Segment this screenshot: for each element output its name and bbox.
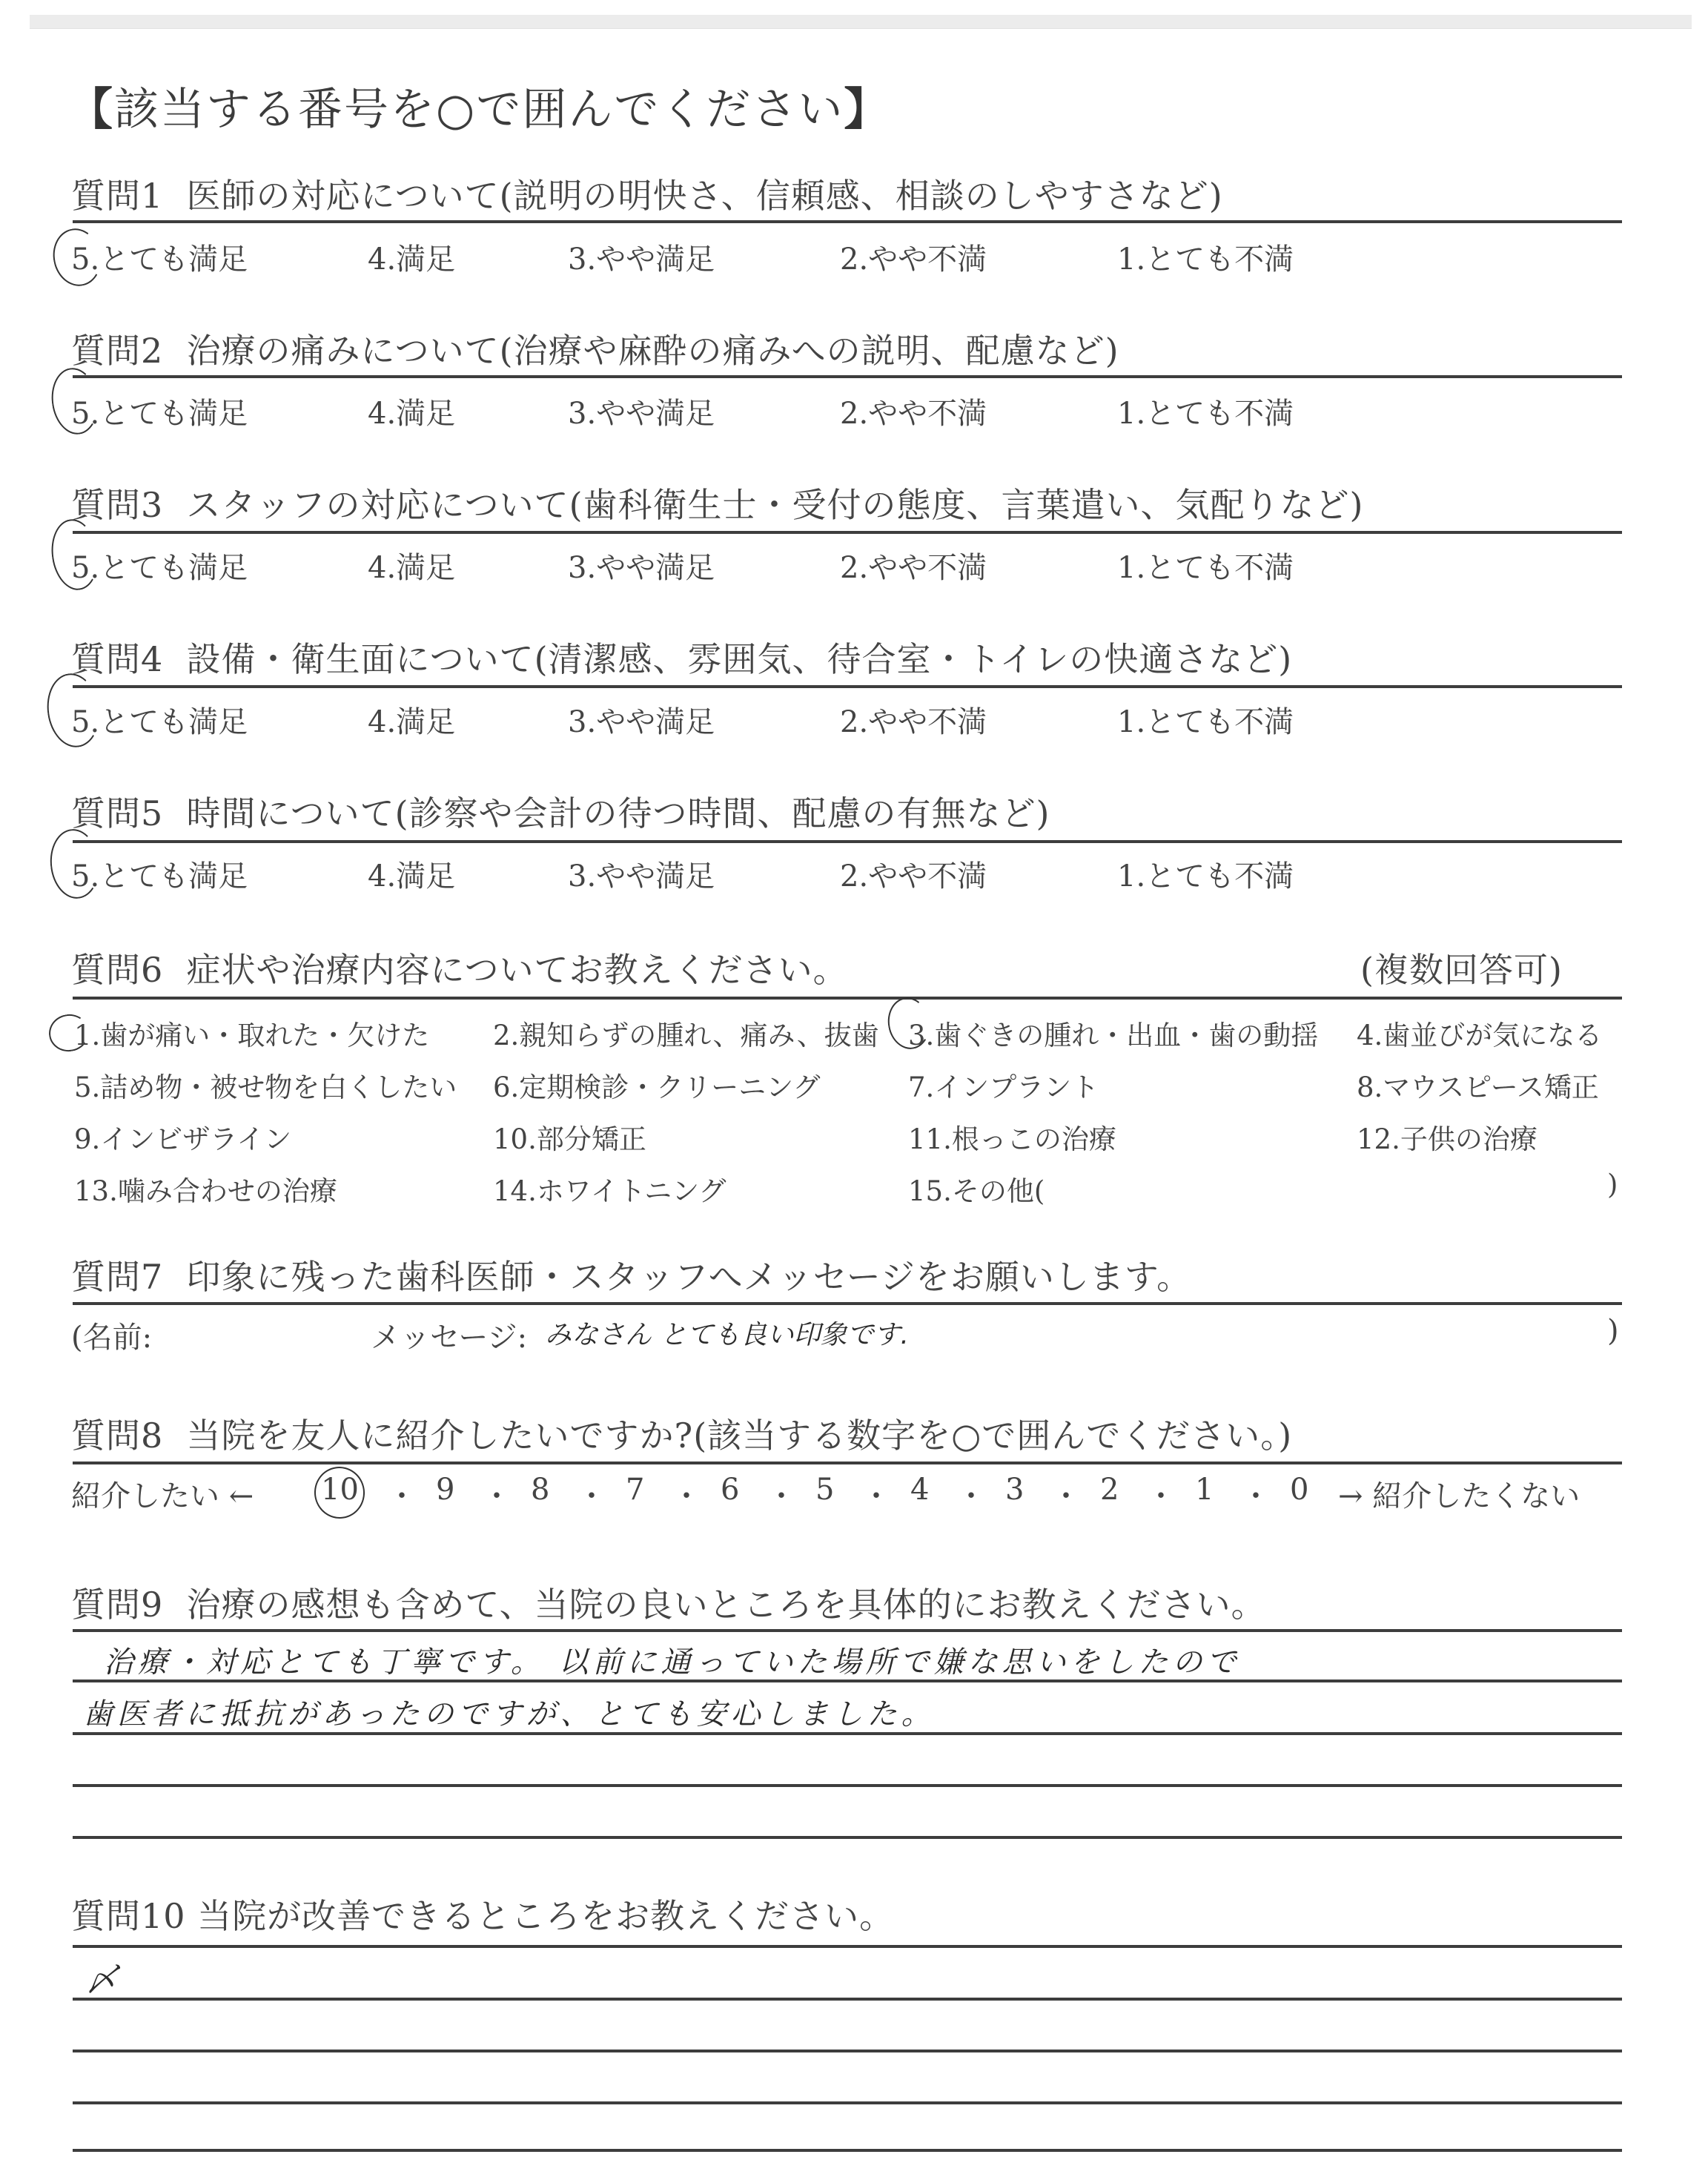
q6-option-2[interactable]: 2.親知らずの腫れ、痛み、抜歯 (493, 1013, 879, 1053)
scale-3[interactable]: 3 (1005, 1473, 1024, 1507)
q6-option-6[interactable]: 6.定期検診・クリーニング (493, 1065, 821, 1105)
q3-option-1[interactable]: 1.とても不満 (1117, 544, 1294, 587)
q2-option-5[interactable]: 5.とても満足 (71, 390, 248, 432)
scale-separator: ・ (861, 1473, 891, 1515)
name-label: (名前: (71, 1314, 152, 1356)
question-6-rule (73, 997, 1622, 1000)
message-close-paren: ) (1607, 1314, 1619, 1348)
q6-option-1[interactable]: 1.歯が痛い・取れた・欠けた (74, 1013, 429, 1053)
scale-separator: ・ (767, 1473, 796, 1515)
answer-rule (73, 1784, 1622, 1787)
message-field[interactable]: みなさん とても良い印象です. (545, 1314, 909, 1352)
question-7-heading: 質問7 印象に残った歯科医師・スタッフへメッセージをお願いします。 (71, 1250, 1191, 1299)
question-10-rule (73, 1945, 1622, 1948)
question-6-heading: 質問6 症状や治療内容についてお教えください。 (71, 943, 848, 992)
question-2-heading: 質問2 治療の痛みについて(治療や麻酔の痛みへの説明、配慮など) (71, 324, 1119, 373)
scale-0[interactable]: 0 (1290, 1473, 1308, 1507)
q1-option-3[interactable]: 3.やや満足 (568, 236, 715, 278)
scale-8[interactable]: 8 (531, 1473, 549, 1507)
q3-option-5[interactable]: 5.とても満足 (71, 544, 248, 587)
message-label: メッセージ: (371, 1314, 527, 1356)
page-title-text: 該当する番号を○で囲んでください (114, 84, 844, 136)
q3-option-4[interactable]: 4.満足 (368, 544, 455, 587)
question-5-heading: 質問5 時間について(診察や会計の待つ時間、配慮の有無など) (71, 787, 1050, 836)
q4-option-1[interactable]: 1.とても不満 (1117, 698, 1294, 741)
page-title: 【該当する番号を○で囲んでください】 (68, 74, 890, 138)
scale-1[interactable]: 1 (1195, 1473, 1214, 1507)
scale-4[interactable]: 4 (910, 1473, 929, 1507)
answer-rule (73, 2050, 1622, 2052)
q6-option-7[interactable]: 7.インプラント (908, 1065, 1099, 1105)
answer-line-1[interactable]: 〆 (85, 1953, 118, 2001)
q4-option-4[interactable]: 4.満足 (368, 698, 455, 741)
q3-option-2[interactable]: 2.やや不満 (840, 544, 987, 587)
q1-option-1[interactable]: 1.とても不満 (1117, 236, 1294, 278)
answer-rule (73, 1680, 1622, 1682)
answer-line-1[interactable]: 治療・対応とても丁寧です。 以前に通っていた場所で嫌な思いをしたので (104, 1639, 1241, 1681)
scale-separator: ・ (1051, 1473, 1081, 1515)
scale-7[interactable]: 7 (626, 1473, 644, 1507)
scale-10[interactable]: 10 (321, 1473, 359, 1507)
question-1-heading: 質問1 医師の対応について(説明の明快さ、信頼感、相談のしやすさなど) (71, 169, 1223, 218)
answer-line-2[interactable]: 歯医者に抵抗があったのですが、とても安心しました。 (83, 1691, 936, 1733)
scale-separator: ・ (577, 1473, 606, 1515)
question-3-rule (73, 531, 1622, 534)
recommend-right-label: → 紹介したくない (1338, 1473, 1580, 1515)
scale-separator: ・ (956, 1473, 986, 1515)
q6-option-13[interactable]: 13.噛み合わせの治療 (74, 1169, 337, 1209)
question-9-heading: 質問9 治療の感想も含めて、当院の良いところを具体的にお教えください。 (71, 1578, 1266, 1627)
scale-2[interactable]: 2 (1100, 1473, 1119, 1507)
q6-other-close-paren: ) (1607, 1169, 1618, 1200)
q2-option-4[interactable]: 4.満足 (368, 390, 455, 432)
question-1-rule (73, 220, 1622, 223)
scale-separator: ・ (482, 1473, 512, 1515)
q5-option-3[interactable]: 3.やや満足 (568, 853, 715, 895)
question-7-rule (73, 1302, 1622, 1305)
q1-option-4[interactable]: 4.満足 (368, 236, 455, 278)
q6-option-14[interactable]: 14.ホワイトニング (493, 1169, 726, 1209)
q5-option-4[interactable]: 4.満足 (368, 853, 455, 895)
name-field[interactable] (178, 1314, 356, 1348)
q2-option-1[interactable]: 1.とても不満 (1117, 390, 1294, 432)
q4-option-5[interactable]: 5.とても満足 (71, 698, 248, 741)
question-4-heading: 質問4 設備・衛生面について(清潔感、雰囲気、待合室・トイレの快適さなど) (71, 633, 1292, 681)
q6-option-10[interactable]: 10.部分矯正 (493, 1117, 646, 1157)
scale-5[interactable]: 5 (815, 1473, 834, 1507)
question-8-rule (73, 1462, 1622, 1464)
q6-option-5[interactable]: 5.詰め物・被せ物を白くしたい (74, 1065, 457, 1105)
q2-option-3[interactable]: 3.やや満足 (568, 390, 715, 432)
q4-option-3[interactable]: 3.やや満足 (568, 698, 715, 741)
q1-option-2[interactable]: 2.やや不満 (840, 236, 987, 278)
question-2-rule (73, 375, 1622, 378)
scale-9[interactable]: 9 (436, 1473, 454, 1507)
question-8-heading: 質問8 当院を友人に紹介したいですか?(該当する数字を○で囲んでください。) (71, 1409, 1292, 1458)
q1-option-5[interactable]: 5.とても満足 (71, 236, 248, 278)
question-3-heading: 質問3 スタッフの対応について(歯科衛生士・受付の態度、言葉遣い、気配りなど) (71, 478, 1364, 527)
q6-option-3[interactable]: 3.歯ぐきの腫れ・出血・歯の動揺 (908, 1013, 1318, 1053)
question-5-rule (73, 840, 1622, 843)
q5-option-1[interactable]: 1.とても不満 (1117, 853, 1294, 895)
scale-separator: ・ (1241, 1473, 1271, 1515)
q4-option-2[interactable]: 2.やや不満 (840, 698, 987, 741)
q5-option-2[interactable]: 2.やや不満 (840, 853, 987, 895)
q6-option-4[interactable]: 4.歯並びが気になる (1357, 1013, 1602, 1053)
recommend-left-label: 紹介したい ← (71, 1473, 254, 1515)
q6-option-12[interactable]: 12.子供の治療 (1357, 1117, 1537, 1157)
question-4-rule (73, 685, 1622, 688)
multiple-answers-note: (複数回答可) (1360, 943, 1563, 992)
scale-separator: ・ (1146, 1473, 1176, 1515)
question-9-rule (73, 1629, 1622, 1632)
question-10-heading: 質問10 当院が改善できるところをお教えください。 (71, 1889, 894, 1938)
scale-separator: ・ (387, 1473, 417, 1515)
scale-6[interactable]: 6 (721, 1473, 739, 1507)
answer-rule (73, 2101, 1622, 2104)
scale-separator: ・ (672, 1473, 701, 1515)
scan-top-edge (30, 15, 1692, 29)
q5-option-5[interactable]: 5.とても満足 (71, 853, 248, 895)
q3-option-3[interactable]: 3.やや満足 (568, 544, 715, 587)
q6-option-15-other[interactable]: 15.その他( (908, 1169, 1045, 1209)
q6-option-9[interactable]: 9.インビザライン (74, 1117, 291, 1157)
answer-rule (73, 1998, 1622, 2001)
q6-option-8[interactable]: 8.マウスピース矯正 (1357, 1065, 1599, 1105)
answer-rule (73, 2149, 1622, 2152)
q2-option-2[interactable]: 2.やや不満 (840, 390, 987, 432)
q6-option-11[interactable]: 11.根っこの治療 (908, 1117, 1116, 1157)
answer-rule (73, 1732, 1622, 1735)
answer-rule (73, 1836, 1622, 1839)
